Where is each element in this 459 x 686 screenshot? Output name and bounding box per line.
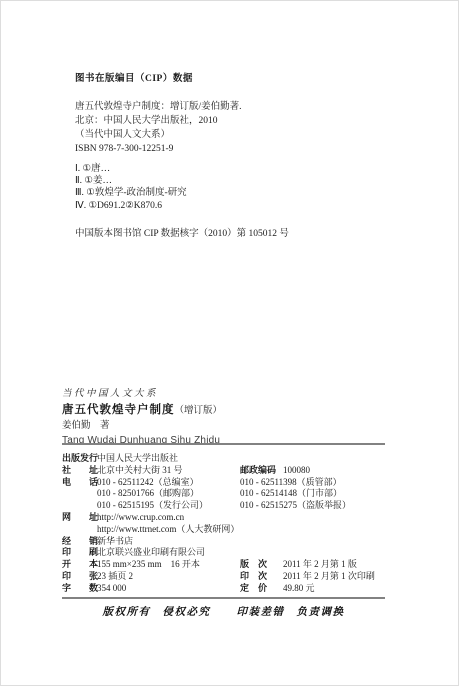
book-author: 姜伯勤 著 (62, 419, 392, 433)
row-value: 北京联兴盛业印刷有限公司 (97, 547, 240, 559)
row-value-price: 49.80 元 (283, 583, 315, 595)
row-value: 010 - 62511398（质管部） (240, 477, 342, 489)
cip-catalog-line: Ⅳ. ①D691.2②K870.6 (75, 200, 395, 212)
row-value: 155 mm×235 mm 16 开本 (97, 559, 240, 571)
colophon-row-publisher: 出版发行 中国人民大学出版社 (62, 453, 397, 465)
row-label: 字 数 (62, 583, 97, 595)
colophon-row-phone: 010 - 62515195（发行公司） 010 - 62515275（盗版举报… (62, 500, 397, 512)
colophon-row-address: 社 址 北京中关村大街 31 号 邮政编码 100080 (62, 465, 397, 477)
row-label-price: 定 价 (240, 583, 283, 595)
row-value-url: http://www.ttrnet.com（人大教研网） (97, 524, 240, 536)
copyright-page: 图书在版编目（CIP）数据 唐五代敦煌寺户制度：增订版/姜伯勤著. 北京：中国人… (0, 0, 459, 686)
row-value-postcode: 100080 (283, 465, 310, 477)
row-label: 经 销 (62, 536, 97, 548)
row-label-impression: 印 次 (240, 571, 283, 583)
cip-catalog-line: Ⅱ. ①姜… (75, 175, 395, 187)
row-value: 北京中关村大街 31 号 (97, 465, 240, 477)
cip-description: 唐五代敦煌寺户制度：增订版/姜伯勤著. 北京：中国人民大学出版社，2010 （当… (75, 100, 395, 156)
book-edition: （增订版） (175, 406, 223, 416)
row-value: 010 - 62515275（盗版举报） (240, 500, 351, 512)
row-value: 23 插页 2 (97, 571, 240, 583)
row-value: 010 - 62511242（总编室） (97, 477, 240, 489)
colophon-row-phone: 电 话 010 - 62511242（总编室） 010 - 62511398（质… (62, 477, 397, 489)
colophon-row-website: http://www.ttrnet.com（人大教研网） (62, 524, 397, 536)
row-value: 010 - 82501766（邮购部） (97, 488, 240, 500)
row-label-edition: 版 次 (240, 559, 283, 571)
cip-catalog-line: Ⅰ. ①唐… (75, 163, 395, 175)
row-label: 电 话 (62, 477, 97, 489)
colophon-row-website: 网 址 http://www.crup.com.cn (62, 512, 397, 524)
series-name: 当代中国人文大系 (62, 388, 392, 400)
cip-description-line: （当代中国人文大系） (75, 128, 395, 142)
book-title-line: 唐五代敦煌寺户制度（增订版） (62, 401, 392, 419)
cip-catalog: Ⅰ. ①唐… Ⅱ. ①姜… Ⅲ. ①敦煌学-政治制度-研究 Ⅳ. ①D691.2… (75, 163, 395, 212)
book-title: 唐五代敦煌寺户制度 (62, 404, 175, 416)
divider-bottom (62, 597, 385, 599)
row-value-impression: 2011 年 2 月第 1 次印刷 (283, 571, 375, 583)
copyright-statement-right: 印装差错 负责调换 (237, 604, 345, 619)
copyright-statement: 版权所有 侵权必究 印装差错 负责调换 (62, 604, 385, 619)
row-label: 开 本 (62, 559, 97, 571)
row-label: 印 刷 (62, 547, 97, 559)
row-value: 010 - 62515195（发行公司） (97, 500, 240, 512)
cip-record-number: 中国版本图书馆 CIP 数据核字（2010）第 105012 号 (75, 225, 395, 239)
cip-block: 图书在版编目（CIP）数据 唐五代敦煌寺户制度：增订版/姜伯勤著. 北京：中国人… (75, 70, 395, 239)
divider-top (62, 443, 385, 445)
colophon-row-printer: 印 刷 北京联兴盛业印刷有限公司 (62, 547, 397, 559)
colophon-row-sheets: 印 张 23 插页 2 印 次 2011 年 2 月第 1 次印刷 (62, 571, 397, 583)
row-label: 出版发行 (62, 453, 97, 465)
colophon-row-format: 开 本 155 mm×235 mm 16 开本 版 次 2011 年 2 月第 … (62, 559, 397, 571)
row-value: 010 - 62514148（门市部） (240, 488, 342, 500)
row-value: 新华书店 (97, 536, 240, 548)
row-label: 网 址 (62, 512, 97, 524)
row-value: 中国人民大学出版社 (97, 453, 240, 465)
row-label-postcode: 邮政编码 (240, 465, 283, 477)
row-value-edition: 2011 年 2 月第 1 版 (283, 559, 357, 571)
book-pinyin: Tang Wudai Dunhuang Sihu Zhidu (62, 434, 392, 447)
cip-catalog-line: Ⅲ. ①敦煌学-政治制度-研究 (75, 187, 395, 199)
colophon: 出版发行 中国人民大学出版社 社 址 北京中关村大街 31 号 邮政编码 100… (62, 453, 397, 595)
cip-description-line: 唐五代敦煌寺户制度：增订版/姜伯勤著. (75, 100, 395, 114)
cip-header: 图书在版编目（CIP）数据 (75, 70, 395, 84)
title-block: 当代中国人文大系 唐五代敦煌寺户制度（增订版） 姜伯勤 著 Tang Wudai… (62, 388, 392, 447)
colophon-row-distributor: 经 销 新华书店 (62, 536, 397, 548)
row-value: 354 000 (97, 583, 240, 595)
colophon-row-phone: 010 - 82501766（邮购部） 010 - 62514148（门市部） (62, 488, 397, 500)
row-value-url: http://www.crup.com.cn (97, 512, 240, 524)
row-label: 社 址 (62, 465, 97, 477)
cip-description-line: 北京：中国人民大学出版社，2010 (75, 114, 395, 128)
cip-isbn: ISBN 978-7-300-12251-9 (75, 142, 395, 156)
row-label: 印 张 (62, 571, 97, 583)
colophon-row-wordcount: 字 数 354 000 定 价 49.80 元 (62, 583, 397, 595)
copyright-statement-left: 版权所有 侵权必究 (103, 604, 211, 619)
